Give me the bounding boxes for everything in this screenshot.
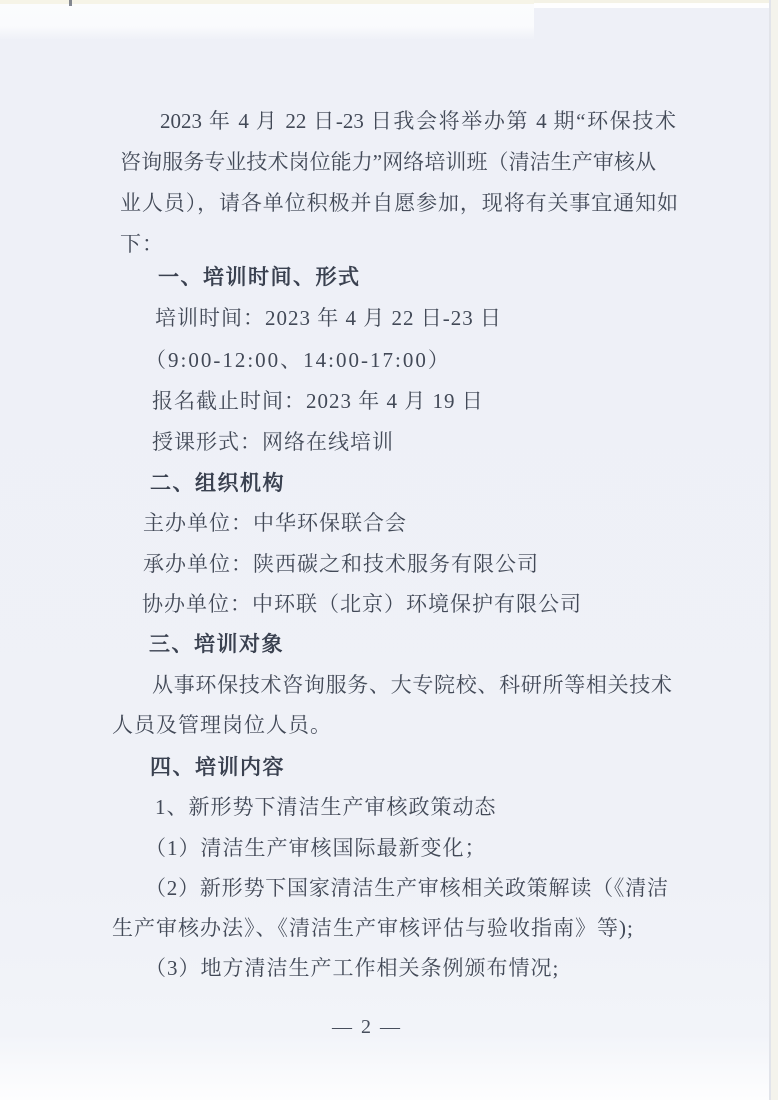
section-heading: 三、培训对象 xyxy=(149,629,284,659)
intro-line: 咨询服务专业技术岗位能力”网络培训班（清洁生产审核从 xyxy=(120,147,656,177)
section-item: 承办单位：陕西碳之和技术服务有限公司 xyxy=(143,549,539,579)
scanned-document-page: 2023 年 4 月 22 日-23 日我会将举办第 4 期“环保技术 咨询服务… xyxy=(0,0,778,1100)
section-heading: 二、组织机构 xyxy=(150,468,285,498)
section-heading: 一、培训时间、形式 xyxy=(158,262,361,292)
scan-top-highlight xyxy=(534,3,778,8)
section-subitem: （1）清洁生产审核国际最新变化； xyxy=(145,833,487,863)
intro-line: 业人员），请各单位积极并自愿参加，现将有关事宜通知如 xyxy=(120,188,678,218)
scan-right-edge xyxy=(771,0,778,1100)
section-subitem: 生产审核办法》、《清洁生产审核评估与验收指南》等); xyxy=(112,913,634,943)
section-item: （9:00-12:00、14:00-17:00） xyxy=(145,345,451,375)
section-item: 授课形式：网络在线培训 xyxy=(152,427,394,457)
section-item: 协办单位：中环联（北京）环境保护有限公司 xyxy=(142,589,582,619)
section-heading: 四、培训内容 xyxy=(150,752,285,782)
section-item: 人员及管理岗位人员。 xyxy=(112,710,332,740)
section-item: 报名截止时间：2023 年 4 月 19 日 xyxy=(152,386,484,416)
intro-line: 下： xyxy=(120,229,164,259)
section-subitem: （2）新形势下国家清洁生产审核相关政策解读（《清洁 xyxy=(145,873,668,903)
section-subitem: （3）地方清洁生产工作相关条例颁布情况; xyxy=(145,953,559,983)
section-item: 从事环保技术咨询服务、大专院校、科研所等相关技术 xyxy=(152,670,672,700)
section-item: 1、新形势下清洁生产审核政策动态 xyxy=(155,792,497,822)
intro-line: 2023 年 4 月 22 日-23 日我会将举办第 4 期“环保技术 xyxy=(160,106,676,136)
scan-tick-mark xyxy=(69,0,72,6)
scan-light-band xyxy=(0,0,534,40)
section-item: 培训时间：2023 年 4 月 22 日-23 日 xyxy=(155,303,502,333)
section-item: 主办单位：中华环保联合会 xyxy=(143,508,407,538)
page-number: — 2 — xyxy=(332,1016,402,1039)
